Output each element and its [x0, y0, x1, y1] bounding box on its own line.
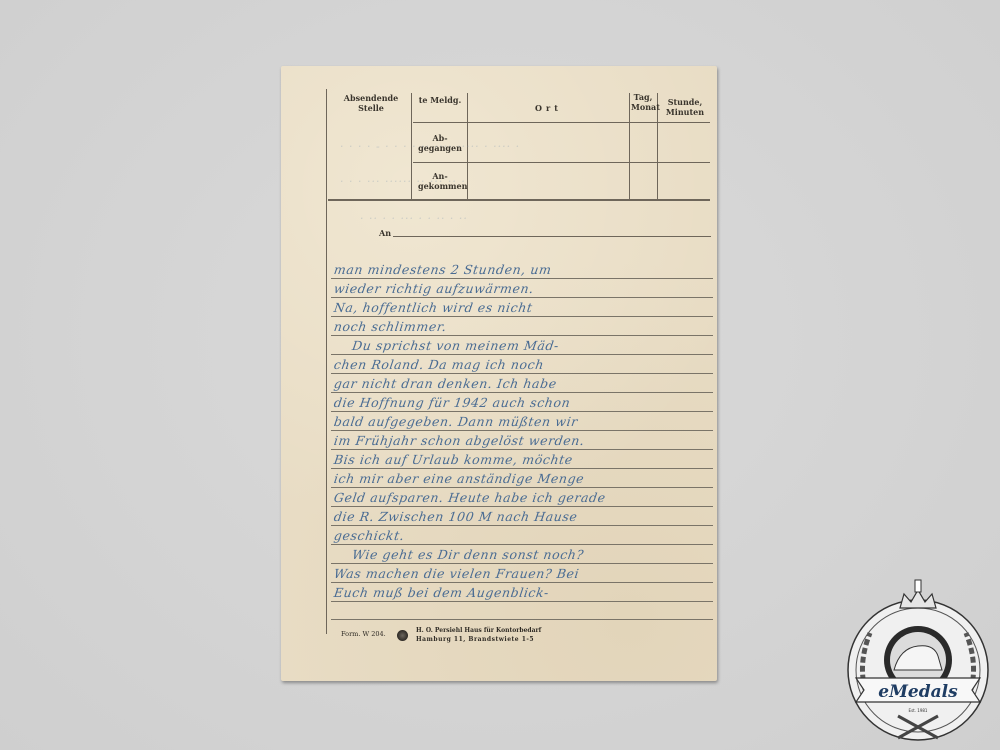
ruled-line [331, 430, 713, 431]
handwritten-line: Du sprichst von meinem Mäd- [333, 338, 710, 353]
ruled-line [331, 392, 713, 393]
ruled-line [331, 335, 713, 336]
ruled-line [331, 411, 713, 412]
handwritten-line: noch schlimmer. [333, 319, 710, 334]
handwritten-line: man mindestens 2 Stunden, um [333, 262, 710, 277]
printer-name: H. O. Persiehl Haus für Kontorbedarf [416, 627, 541, 634]
show-through-text: · ·· · · ··· · · ·· · ·· [360, 212, 468, 225]
handwritten-line: im Frühjahr schon abgelöst werden. [333, 433, 710, 448]
header-report: te Meldg. [418, 95, 462, 105]
handwritten-line: geschickt. [333, 528, 710, 543]
handwritten-line: Was machen die vielen Frauen? Bei [333, 566, 710, 581]
handwritten-line: Bis ich auf Urlaub komme, möchte [333, 452, 710, 467]
ruled-line [331, 619, 713, 620]
ruled-line [331, 601, 713, 602]
handwritten-line: Wie geht es Dir denn sonst noch? [333, 547, 710, 562]
handwritten-line: wieder richtig aufzuwärmen. [333, 281, 710, 296]
show-through-text: · · · · - · · · · ·· ···· ····· · ···· · [340, 140, 520, 153]
handwritten-line: Geld aufsparen. Heute habe ich gerade [333, 490, 710, 505]
ruled-line [331, 525, 713, 526]
ruled-line [331, 468, 713, 469]
ruled-line [331, 278, 713, 279]
table-bottom [328, 199, 710, 201]
ruled-line [331, 297, 713, 298]
printer-seal-icon [397, 630, 408, 641]
addressee-line [393, 236, 711, 237]
header-time: Stunde, Minuten [660, 97, 710, 117]
handwritten-line: die Hoffnung für 1942 auch schon [333, 395, 710, 410]
handwritten-line: ich mir aber eine anständige Menge [333, 471, 710, 486]
ruled-line [331, 582, 713, 583]
col-divider-place [629, 93, 630, 199]
ruled-line [331, 449, 713, 450]
header-place: Ort [470, 103, 627, 113]
ruled-line [331, 354, 713, 355]
addressee-label: An [378, 228, 392, 238]
header-date: Tag, Monat [631, 92, 655, 112]
handwritten-line: die R. Zwischen 100 M nach Hause [333, 509, 710, 524]
emedals-badge-icon: eMedals Est. 1981 [838, 578, 998, 748]
handwritten-line: chen Roland. Da mag ich noch [333, 357, 710, 372]
ruled-line [331, 563, 713, 564]
printer-address: Hamburg 11, Brandstwiete 1-5 [416, 636, 534, 643]
ruled-line [331, 487, 713, 488]
handwritten-line: Na, hoffentlich wird es nicht [333, 300, 710, 315]
svg-text:Est. 1981: Est. 1981 [909, 708, 928, 713]
form-number: Form. W 204. [341, 630, 386, 638]
header-row-bottom [413, 122, 710, 123]
show-through-text: · · · ··· ······ ·· ··· ·· · [340, 175, 466, 188]
header-sender: Absendende Stelle [336, 93, 406, 113]
ruled-line [331, 373, 713, 374]
departed-row-bottom [413, 162, 710, 163]
svg-text:eMedals: eMedals [878, 682, 958, 702]
ruled-line [331, 506, 713, 507]
ruled-line [331, 544, 713, 545]
handwritten-line: Euch muß bei dem Augenblick- [333, 585, 710, 600]
emedals-logo: eMedals Est. 1981 [838, 578, 998, 748]
handwritten-line: gar nicht dran denken. Ich habe [333, 376, 710, 391]
handwritten-line: bald aufgegeben. Dann müßten wir [333, 414, 710, 429]
ruled-line [331, 316, 713, 317]
form-left-border [326, 89, 327, 634]
